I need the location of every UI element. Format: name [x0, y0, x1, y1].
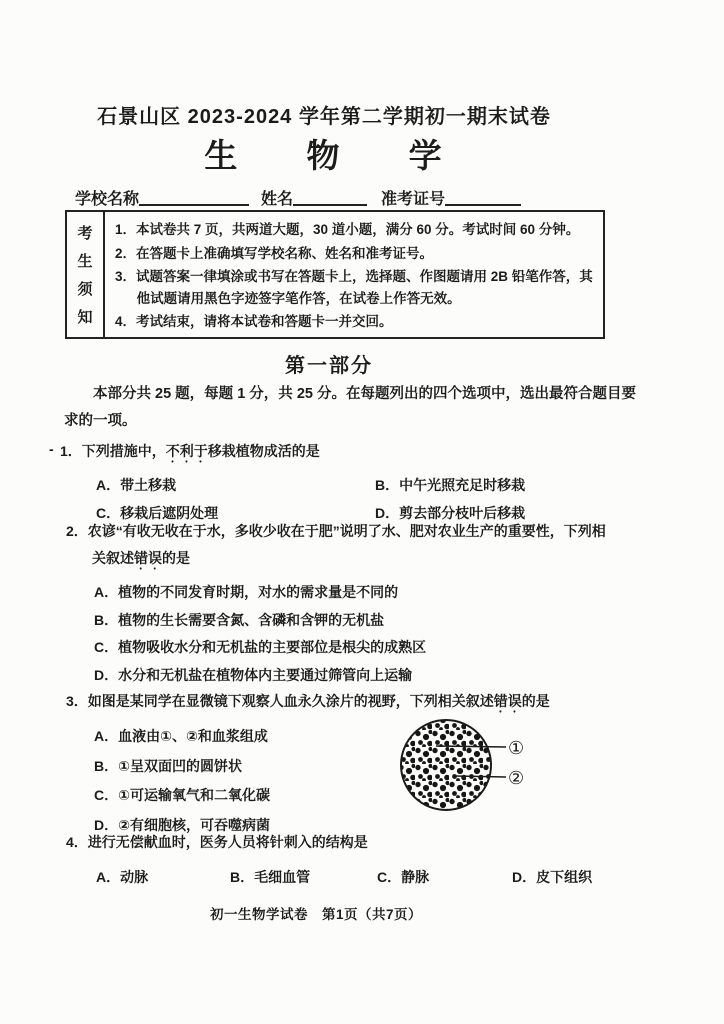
candidate-fields-row: 学校名称姓名准考证号: [75, 186, 521, 209]
school-name-blank: [139, 191, 249, 206]
stem-emphasis: 不利于: [166, 443, 208, 459]
notice-side-char: 知: [77, 306, 92, 327]
option-a: A．带土移栽: [96, 471, 375, 499]
question-2: 2．农谚“有收无收在于水，多收少收在于肥”说明了水、肥对农业生产的重要性，下列相…: [66, 518, 608, 689]
figure-label-2: ②: [508, 768, 524, 788]
option-text: 植物的不同发育时期，对水的需求量是不同的: [118, 584, 398, 600]
figure-leader-line-2: [455, 776, 506, 777]
option-text: 毛细血管: [254, 869, 310, 885]
option-label: B．: [94, 612, 118, 628]
question-4: 4．进行无偿献血时，医务人员将针刺入的结构是 A．动脉 B．毛细血管 C．静脉 …: [66, 829, 666, 891]
option-text: 带土移栽: [120, 477, 176, 493]
option-label: C．: [377, 869, 401, 885]
stray-mark: -: [49, 441, 54, 457]
question-number: 1．: [60, 443, 82, 459]
question-stem: 4．进行无偿献血时，医务人员将针刺入的结构是: [66, 829, 666, 856]
option-d: D．皮下组织: [512, 863, 666, 891]
stem-text: 进行无偿献血时，医务人员将针刺入的结构是: [88, 834, 368, 850]
option-d: D．水分和无机盐在植物体内主要通过筛管向上运输: [94, 662, 608, 690]
option-b: B．植物的生长需要含氮、含磷和含钾的无机盐: [94, 607, 608, 635]
option-label: B．: [375, 477, 399, 493]
notice-box: 考 生 须 知 1．本试卷共 7 页，共两道大题，30 道小题，满分 60 分。…: [65, 210, 605, 339]
option-text: 动脉: [120, 869, 148, 885]
option-label: A．: [96, 869, 120, 885]
question-number: 2．: [66, 523, 88, 539]
question-1: - 1．下列措施中，不利于移栽植物成活的是 A．带土移栽 B．中午光照充足时移栽…: [60, 438, 613, 527]
microscope-field-circle: [401, 720, 491, 810]
stem-emphasis: 错误: [494, 693, 522, 709]
option-label: A．: [94, 584, 118, 600]
question-number: 4．: [66, 834, 88, 850]
stem-text: 如图是某同学在显微镜下观察人血永久涂片的视野，下列相关叙述: [88, 693, 494, 709]
option-text: 血液由①、②和血浆组成: [118, 728, 268, 744]
option-label: C．: [94, 639, 118, 655]
blood-smear-figure: ① ②: [398, 713, 548, 817]
school-name-label: 学校名称: [75, 191, 139, 208]
option-b: B．中午光照充足时移栽: [375, 471, 613, 499]
stem-text: 下列措施中，: [82, 443, 166, 459]
option-text: 皮下组织: [536, 869, 592, 885]
option-c: C．植物吸收水分和无机盐的主要部位是根尖的成熟区: [94, 634, 608, 662]
option-b: B．毛细血管: [230, 863, 377, 891]
figure-label-1: ①: [508, 738, 524, 758]
option-text: ①可运输氧气和二氧化碳: [118, 787, 270, 803]
options-grid: A．动脉 B．毛细血管 C．静脉 D．皮下组织: [66, 863, 666, 891]
page-footer: 初一生物学试卷 第1页（共7页）: [0, 903, 632, 923]
admission-number-blank: [445, 191, 521, 206]
option-a: A．植物的不同发育时期，对水的需求量是不同的: [94, 579, 608, 607]
option-b: B．①呈双面凹的圆饼状: [94, 752, 404, 782]
stem-text: 的是: [522, 693, 550, 709]
question-stem: 1．下列措施中，不利于移栽植物成活的是: [60, 438, 613, 466]
option-label: B．: [230, 869, 254, 885]
option-a: A．动脉: [96, 863, 230, 891]
options-list: A．植物的不同发育时期，对水的需求量是不同的 B．植物的生长需要含氮、含磷和含钾…: [66, 579, 608, 689]
notice-item: 2．在答题卡上准确填写学校名称、姓名和准考证号。: [115, 243, 599, 265]
admission-number-label: 准考证号: [381, 191, 445, 208]
question-stem: 3．如图是某同学在显微镜下观察人血永久涂片的视野，下列相关叙述错误的是: [66, 688, 619, 716]
option-text: 水分和无机盐在植物体内主要通过筛管向上运输: [118, 667, 412, 683]
option-c: C．①可运输氧气和二氧化碳: [94, 781, 404, 811]
options-list: A．血液由①、②和血浆组成 B．①呈双面凹的圆饼状 C．①可运输氧气和二氧化碳 …: [66, 722, 404, 840]
notice-items: 1．本试卷共 7 页，共两道大题，30 道小题，满分 60 分。考试时间 60 …: [105, 212, 603, 337]
option-text: ①呈双面凹的圆饼状: [118, 758, 242, 774]
notice-side-label: 考 生 须 知: [67, 212, 105, 337]
option-label: A．: [96, 477, 120, 493]
option-text: 中午光照充足时移栽: [399, 477, 525, 493]
figure-leader-line-1: [436, 746, 506, 747]
option-c: C．静脉: [377, 863, 512, 891]
option-a: A．血液由①、②和血浆组成: [94, 722, 404, 752]
subject-title: 生 物 学: [0, 130, 676, 177]
notice-side-char: 考: [77, 222, 92, 243]
notice-item: 1．本试卷共 7 页，共两道大题，30 道小题，满分 60 分。考试时间 60 …: [115, 219, 599, 241]
option-label: D．: [94, 667, 118, 683]
option-label: C．: [94, 787, 118, 803]
question-stem: 2．农谚“有收无收在于水，多收少收在于肥”说明了水、肥对农业生产的重要性，下列相…: [66, 518, 608, 573]
option-text: 植物吸收水分和无机盐的主要部位是根尖的成熟区: [118, 639, 426, 655]
option-label: B．: [94, 758, 118, 774]
notice-side-char: 生: [77, 250, 92, 271]
student-name-label: 姓名: [261, 191, 293, 208]
option-text: 静脉: [401, 869, 429, 885]
stem-emphasis: 错误: [134, 550, 162, 566]
option-label: D．: [512, 869, 536, 885]
option-label: A．: [94, 728, 118, 744]
notice-item: 4．考试结束，请将本试卷和答题卡一并交回。: [115, 311, 599, 333]
option-text: 植物的生长需要含氮、含磷和含钾的无机盐: [118, 612, 384, 628]
section-title: 第一部分: [0, 349, 658, 378]
section-intro: 本部分共 25 题，每题 1 分，共 25 分。在每题列出的四个选项中，选出最符…: [64, 381, 639, 435]
notice-item: 3．试题答案一律填涂或书写在答题卡上，选择题、作图题请用 2B 铅笔作答，其他试…: [115, 266, 599, 309]
exam-paper-page: 石景山区 2023-2024 学年第二学期初一期末试卷 生 物 学 学校名称姓名…: [0, 0, 724, 1024]
notice-side-char: 须: [77, 278, 92, 299]
header-title: 石景山区 2023-2024 学年第二学期初一期末试卷: [0, 100, 648, 129]
student-name-blank: [293, 191, 367, 206]
question-number: 3．: [66, 693, 88, 709]
stem-text: 的是: [162, 550, 190, 566]
stem-text: 移栽植物成活的是: [208, 443, 320, 459]
